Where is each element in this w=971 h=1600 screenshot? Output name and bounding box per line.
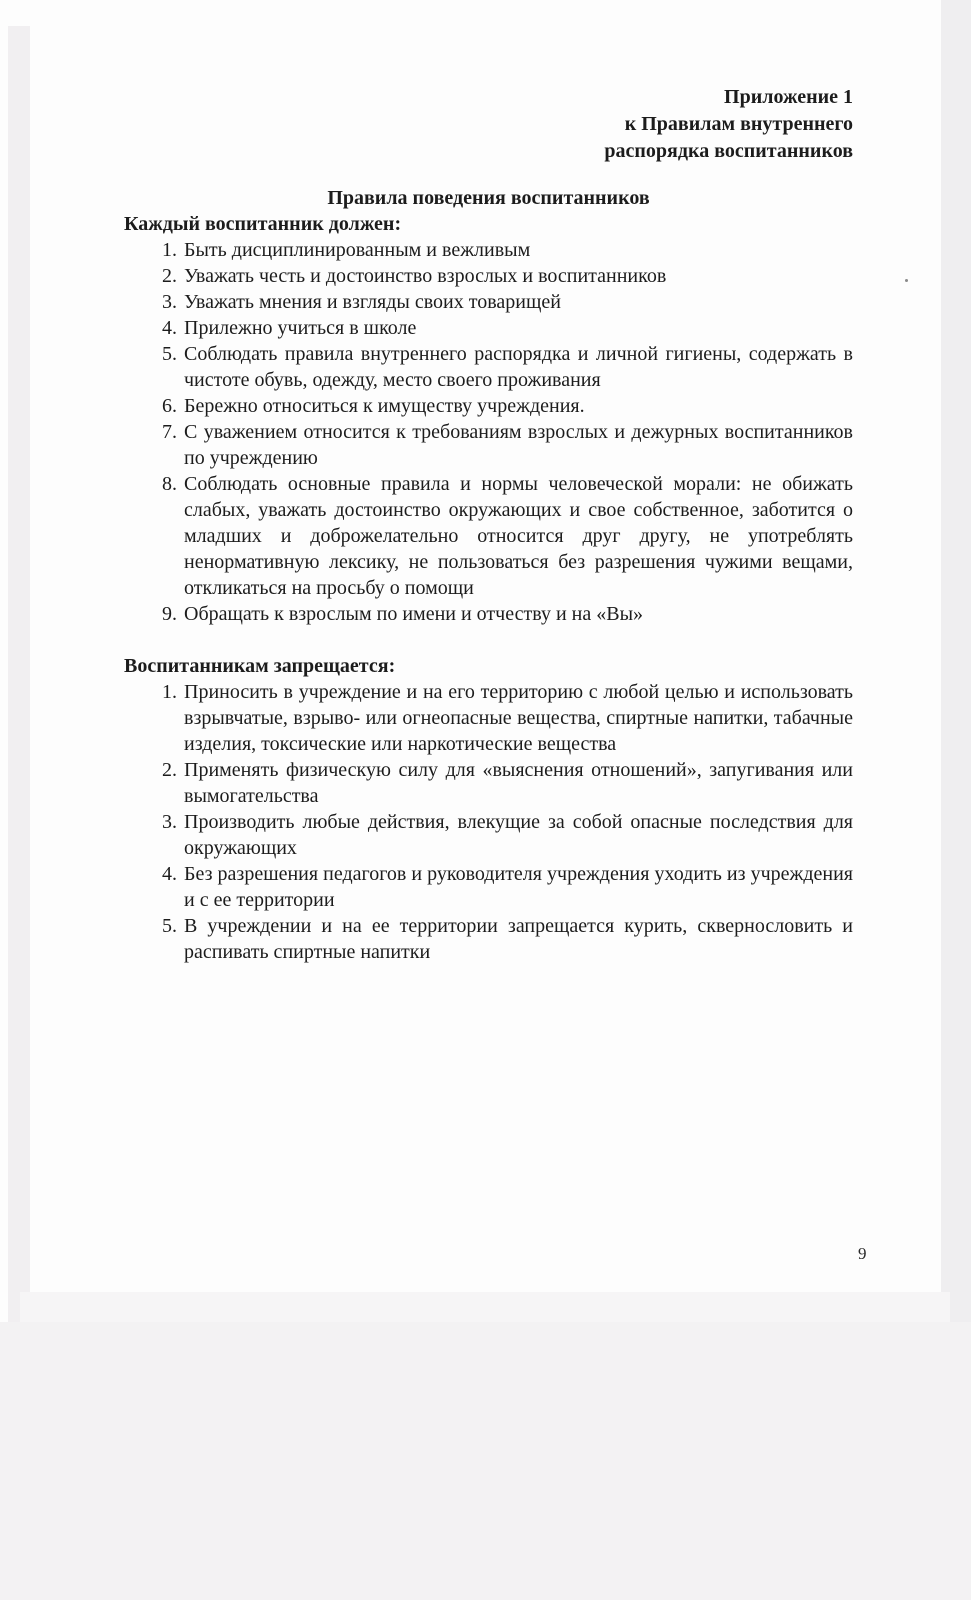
- list-item: Без разрешения педагогов и руководителя …: [182, 861, 853, 913]
- document-title: Правила поведения воспитанников: [124, 185, 853, 211]
- appendix-header: Приложение 1 к Правилам внутреннего расп…: [124, 84, 853, 165]
- list-item: Приносить в учреждение и на его территор…: [182, 679, 853, 757]
- list-item: Уважать мнения и взгляды своих товарищей: [182, 289, 853, 315]
- scan-artifact-dot: [905, 279, 908, 282]
- section-prohibitions: Воспитанникам запрещается: Приносить в у…: [124, 653, 853, 965]
- section-duties: Каждый воспитанник должен: Быть дисципли…: [124, 211, 853, 627]
- list-item: Уважать честь и достоинство взрослых и в…: [182, 263, 853, 289]
- section-heading-prohibitions: Воспитанникам запрещается:: [124, 653, 853, 679]
- list-item: В учреждении и на ее территории запрещае…: [182, 913, 853, 965]
- scan-page-bottom-shadow: [20, 1292, 950, 1322]
- list-item: Прилежно учиться в школе: [182, 315, 853, 341]
- list-item: Применять физическую силу для «выяснения…: [182, 757, 853, 809]
- appendix-header-line-3: распорядка воспитанников: [124, 138, 853, 165]
- list-item: Быть дисциплинированным и вежливым: [182, 237, 853, 263]
- document-content: Приложение 1 к Правилам внутреннего расп…: [124, 84, 853, 965]
- list-item: Бережно относиться к имуществу учреждени…: [182, 393, 853, 419]
- scan-edge-left: [8, 26, 30, 1326]
- appendix-header-line-2: к Правилам внутреннего: [124, 111, 853, 138]
- appendix-header-line-1: Приложение 1: [124, 84, 853, 111]
- list-item: Соблюдать основные правила и нормы челов…: [182, 471, 853, 601]
- scanned-document-page: Приложение 1 к Правилам внутреннего расп…: [0, 0, 971, 1600]
- list-item: Производить любые действия, влекущие за …: [182, 809, 853, 861]
- scan-edge-bottom: [0, 1322, 971, 1600]
- prohibitions-list: Приносить в учреждение и на его территор…: [124, 679, 853, 965]
- page-number: 9: [858, 1244, 867, 1264]
- list-item: С уважением относится к требованиям взро…: [182, 419, 853, 471]
- list-item: Соблюдать правила внутреннего распорядка…: [182, 341, 853, 393]
- duties-list: Быть дисциплинированным и вежливым Уважа…: [124, 237, 853, 627]
- section-heading-duties: Каждый воспитанник должен:: [124, 211, 853, 237]
- list-item: Обращать к взрослым по имени и отчеству …: [182, 601, 853, 627]
